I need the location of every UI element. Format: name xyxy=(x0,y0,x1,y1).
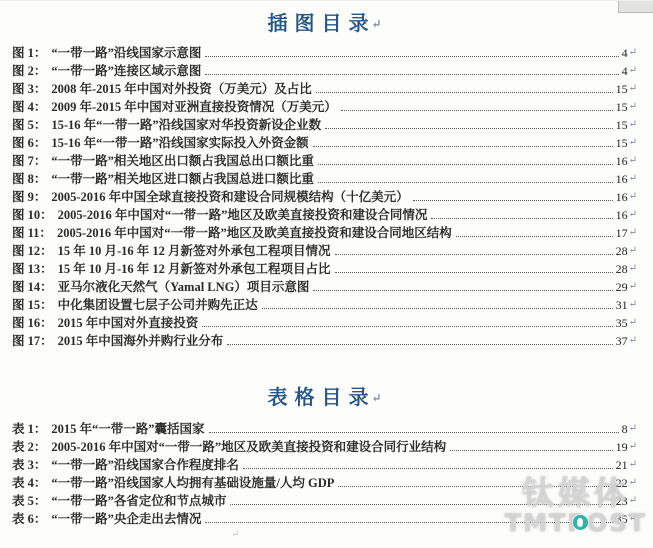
paragraph-mark-icon: ↵ xyxy=(629,300,637,313)
toc-entry-title: “一带一路”央企走出去情况 xyxy=(51,509,201,527)
toc-entry-page: 4 xyxy=(622,64,628,79)
figures-section-title: 插图目录↵ xyxy=(12,7,637,43)
toc-leader-dots xyxy=(316,92,613,93)
toc-entry-page: 17 xyxy=(616,226,628,241)
toc-entry-label: 图 5： xyxy=(12,115,46,133)
toc-entry[interactable]: 图 10： 2005-2016 年中国对“一带一路”地区及欧美直接投资和建设合同… xyxy=(12,205,637,223)
paragraph-mark-icon: ↵ xyxy=(629,84,637,97)
toc-entry[interactable]: 图 11： 2005-2016 年中国对“一带一路”地区及欧美直接投资和建设合同… xyxy=(12,223,637,241)
toc-leader-dots xyxy=(209,432,619,433)
paragraph-mark-icon: ↵ xyxy=(629,156,637,169)
paragraph-mark-icon: ↵ xyxy=(629,120,637,133)
toc-entry-title: “一带一路”沿线国家示意图 xyxy=(51,43,201,61)
toc-entry-title: 2005-2016 年中国全球直接投资和建设合同规模结构（十亿美元） xyxy=(51,187,408,205)
toc-entry-title: 15-16 年“一带一路”沿线国家对华投资新设企业数 xyxy=(51,115,321,133)
toc-entry-page: 15 xyxy=(616,100,628,115)
paragraph-mark-icon: ↵ xyxy=(629,102,637,115)
toc-entry[interactable]: 图 8： “一带一路”相关地区进口额占我国总进口额比重 16 ↵ xyxy=(12,169,637,187)
toc-entry-label: 图 11： xyxy=(12,223,52,241)
toc-entry-title: 2015 年中国对外直接投资 xyxy=(58,313,199,331)
toc-entry[interactable]: 图 4： 2009 年-2015 年中国对亚洲直接投资情况（万美元） 15 ↵ xyxy=(12,97,637,115)
paragraph-mark-icon: ↵ xyxy=(629,210,637,223)
toc-leader-dots xyxy=(227,344,612,345)
toc-leader-dots xyxy=(313,290,612,291)
toc-entry-label: 图 8： xyxy=(12,169,46,187)
paragraph-mark-icon: ↵ xyxy=(629,48,637,61)
toc-entry-page: 37 xyxy=(616,334,628,349)
toc-entry-page: 31 xyxy=(616,298,628,313)
toc-entry-title: 2008 年-2015 年中国对外投资（万美元）及占比 xyxy=(51,79,311,97)
toc-entry-label: 图 17： xyxy=(12,331,53,349)
toc-entry-title: 2015 年“一带一路”囊括国家 xyxy=(51,419,204,437)
paragraph-mark-icon: ↵ xyxy=(629,318,637,331)
paragraph-mark-icon: ↵ xyxy=(371,17,381,31)
toc-entry[interactable]: 表 2： 2005-2016 年中国对“一带一路”地区及欧美直接投资和建设合同行… xyxy=(12,437,637,455)
tables-section: 表格目录↵ 表 1： 2015 年“一带一路”囊括国家 8 ↵ 表 2： 200… xyxy=(12,349,637,527)
toc-entry-label: 表 1： xyxy=(12,419,46,437)
paragraph-mark-icon: ↵ xyxy=(629,174,637,187)
toc-entry-title: “一带一路”沿线国家人均拥有基础设施量/人均 GDP xyxy=(51,473,334,491)
toc-entry-label: 图 4： xyxy=(12,97,46,115)
toc-entry-page: 28 xyxy=(616,244,628,259)
toc-entry-label: 图 13： xyxy=(12,259,53,277)
toc-entry[interactable]: 图 7： “一带一路”相关地区出口额占我国总出口额比重 16 ↵ xyxy=(12,151,637,169)
toc-entry-page: 16 xyxy=(616,208,628,223)
toc-entry-page: 15 xyxy=(616,82,628,97)
toc-entry[interactable]: 表 4： “一带一路”沿线国家人均拥有基础设施量/人均 GDP 22 ↵ xyxy=(12,473,637,491)
toc-entry[interactable]: 图 16： 2015 年中国对外直接投资 35 ↵ xyxy=(12,313,637,331)
toc-leader-dots xyxy=(413,200,613,201)
toc-entry-label: 图 9： xyxy=(12,187,46,205)
toc-entry[interactable]: 图 15： 中化集团设置七层子公司并购先正达 31 ↵ xyxy=(12,295,637,313)
toc-entry-page: 15 xyxy=(616,118,628,133)
toc-entry-title: 2005-2016 年中国对“一带一路”地区及欧美直接投资和建设合同情况 xyxy=(58,205,428,223)
toc-entry[interactable]: 表 1： 2015 年“一带一路”囊括国家 8 ↵ xyxy=(12,419,637,437)
toc-leader-dots xyxy=(450,450,612,451)
toc-leader-dots xyxy=(431,218,612,219)
paragraph-mark-icon: ↵ xyxy=(629,460,637,473)
toc-entry[interactable]: 图 14： 亚马尔液化天然气（Yamal LNG）项目示意图 29 ↵ xyxy=(12,277,637,295)
figures-title-text: 插图目录 xyxy=(267,13,375,35)
toc-entry-page: 19 xyxy=(616,440,628,455)
toc-entry-label: 图 14： xyxy=(12,277,53,295)
toc-leader-dots xyxy=(318,164,613,165)
toc-entry-label: 表 2： xyxy=(12,437,46,455)
toc-entry-title: 2005-2016 年中国对“一带一路”地区及欧美直接投资和建设合同地区结构 xyxy=(57,223,452,241)
toc-leader-dots xyxy=(262,308,613,309)
paragraph-mark-icon: ↵ xyxy=(629,478,637,491)
toc-leader-dots xyxy=(243,468,613,469)
toc-entry-title: “一带一路”各省定位和节点城市 xyxy=(51,491,226,509)
toc-entry[interactable]: 图 13： 15 年 10 月-16 年 12 月新签对外承包工程项目占比 28… xyxy=(12,259,637,277)
toc-leader-dots xyxy=(205,56,618,57)
toc-entry-title: 2009 年-2015 年中国对亚洲直接投资情况（万美元） xyxy=(51,97,336,115)
toc-entry-title: 2015 年中国海外并购行业分布 xyxy=(58,331,224,349)
toc-entry-page: 29 xyxy=(616,280,628,295)
toc-entry-title: 亚马尔液化天然气（Yamal LNG）项目示意图 xyxy=(58,277,310,295)
toc-entry-label: 图 2： xyxy=(12,61,46,79)
toc-entry-page: 4 xyxy=(622,46,628,61)
toc-leader-dots xyxy=(341,110,613,111)
toc-leader-dots xyxy=(335,272,613,273)
toc-entry-page: 35 xyxy=(616,316,628,331)
tables-toc-list: 表 1： 2015 年“一带一路”囊括国家 8 ↵ 表 2： 2005-2016… xyxy=(12,419,637,527)
toc-entry[interactable]: 图 2： “一带一路”连接区域示意图 4 ↵ xyxy=(12,61,637,79)
toc-leader-dots xyxy=(313,146,613,147)
toc-entry[interactable]: 图 5： 15-16 年“一带一路”沿线国家对华投资新设企业数 15 ↵ xyxy=(12,115,637,133)
toc-entry[interactable]: 图 17： 2015 年中国海外并购行业分布 37 ↵ xyxy=(12,331,637,349)
toc-leader-dots xyxy=(338,486,612,487)
toc-entry-label: 表 3： xyxy=(12,455,46,473)
toc-entry[interactable]: 图 3： 2008 年-2015 年中国对外投资（万美元）及占比 15 ↵ xyxy=(12,79,637,97)
toc-entry-title: 2005-2016 年中国对“一带一路”地区及欧美直接投资和建设合同行业结构 xyxy=(51,437,446,455)
paragraph-mark-icon: ↵ xyxy=(629,228,637,241)
toc-entry-page: 28 xyxy=(616,262,628,277)
toc-entry[interactable]: 图 6： 15-16 年“一带一路”沿线国家实际投入外资金额 15 ↵ xyxy=(12,133,637,151)
paragraph-mark-icon: ↵ xyxy=(629,138,637,151)
toc-entry-label: 图 10： xyxy=(12,205,53,223)
toc-entry-title: 15-16 年“一带一路”沿线国家实际投入外资金额 xyxy=(51,133,308,151)
toc-entry[interactable]: 表 3： “一带一路”沿线国家合作程度排名 21 ↵ xyxy=(12,455,637,473)
toc-entry-title: “一带一路”连接区域示意图 xyxy=(51,61,201,79)
toc-entry[interactable]: 表 6： “一带一路”央企走出去情况 35 ↵ xyxy=(12,509,637,527)
toc-entry[interactable]: 图 9： 2005-2016 年中国全球直接投资和建设合同规模结构（十亿美元） … xyxy=(12,187,637,205)
paragraph-mark-icon: ↵ xyxy=(629,336,637,349)
toc-leader-dots xyxy=(202,326,612,327)
toc-leader-dots xyxy=(205,74,618,75)
paragraph-mark-icon: ↵ xyxy=(629,246,637,259)
toc-entry-title: 中化集团设置七层子公司并购先正达 xyxy=(58,295,258,313)
toc-entry-label: 图 15： xyxy=(12,295,53,313)
figures-toc-list: 图 1： “一带一路”沿线国家示意图 4 ↵ 图 2： “一带一路”连接区域示意… xyxy=(12,43,637,349)
tables-section-title: 表格目录↵ xyxy=(12,349,637,419)
toc-entry-page: 16 xyxy=(616,154,628,169)
paragraph-mark-icon: ↵ xyxy=(629,66,637,79)
toc-entry-title: “一带一路”相关地区进口额占我国总进口额比重 xyxy=(51,169,314,187)
toc-entry-page: 35 xyxy=(616,512,628,527)
toc-entry-page: 21 xyxy=(616,458,628,473)
figures-section: 插图目录↵ 图 1： “一带一路”沿线国家示意图 4 ↵ 图 2： “一带一路”… xyxy=(12,7,637,349)
toc-leader-dots xyxy=(456,236,613,237)
paragraph-mark-icon: ↵ xyxy=(629,514,637,527)
stray-paragraph-mark: ↵ xyxy=(231,529,239,540)
toc-entry-label: 图 12： xyxy=(12,241,53,259)
tables-title-text: 表格目录 xyxy=(267,387,375,409)
toc-entry-page: 15 xyxy=(616,136,628,151)
paragraph-mark-icon: ↵ xyxy=(629,264,637,277)
toc-entry-label: 表 4： xyxy=(12,473,46,491)
paragraph-mark-icon: ↵ xyxy=(629,496,637,509)
toc-entry-label: 表 6： xyxy=(12,509,46,527)
toc-entry[interactable]: 图 1： “一带一路”沿线国家示意图 4 ↵ xyxy=(12,43,637,61)
toc-entry[interactable]: 表 5： “一带一路”各省定位和节点城市 23 ↵ xyxy=(12,491,637,509)
paragraph-mark-icon: ↵ xyxy=(371,391,381,405)
toc-entry-page: 22 xyxy=(616,476,628,491)
paragraph-mark-icon: ↵ xyxy=(629,442,637,455)
toc-entry[interactable]: 图 12： 15 年 10 月-16 年 12 月新签对外承包工程项目情况 28… xyxy=(12,241,637,259)
toc-leader-dots xyxy=(230,504,612,505)
toc-leader-dots xyxy=(325,128,612,129)
toc-entry-title: 15 年 10 月-16 年 12 月新签对外承包工程项目情况 xyxy=(58,241,331,259)
paragraph-mark-icon: ↵ xyxy=(629,192,637,205)
toc-entry-title: “一带一路”沿线国家合作程度排名 xyxy=(51,455,239,473)
toc-entry-page: 23 xyxy=(616,494,628,509)
toc-entry-label: 图 3： xyxy=(12,79,46,97)
toc-entry-page: 16 xyxy=(616,172,628,187)
toc-leader-dots xyxy=(318,182,613,183)
toc-content: 插图目录↵ 图 1： “一带一路”沿线国家示意图 4 ↵ 图 2： “一带一路”… xyxy=(0,1,653,527)
toc-entry-title: “一带一路”相关地区出口额占我国总出口额比重 xyxy=(51,151,314,169)
paragraph-mark-icon: ↵ xyxy=(629,282,637,295)
toc-entry-page: 16 xyxy=(616,190,628,205)
toc-entry-label: 图 1： xyxy=(12,43,46,61)
toc-entry-label: 图 6： xyxy=(12,133,46,151)
window-corner-fragment xyxy=(618,1,653,13)
toc-entry-label: 表 5： xyxy=(12,491,46,509)
paragraph-mark-icon: ↵ xyxy=(629,424,637,437)
toc-leader-dots xyxy=(205,522,612,523)
toc-entry-page: 8 xyxy=(622,422,628,437)
toc-leader-dots xyxy=(335,254,613,255)
toc-entry-title: 15 年 10 月-16 年 12 月新签对外承包工程项目占比 xyxy=(58,259,331,277)
toc-entry-label: 图 7： xyxy=(12,151,46,169)
toc-entry-label: 图 16： xyxy=(12,313,53,331)
document-page: 插图目录↵ 图 1： “一带一路”沿线国家示意图 4 ↵ 图 2： “一带一路”… xyxy=(0,0,653,548)
